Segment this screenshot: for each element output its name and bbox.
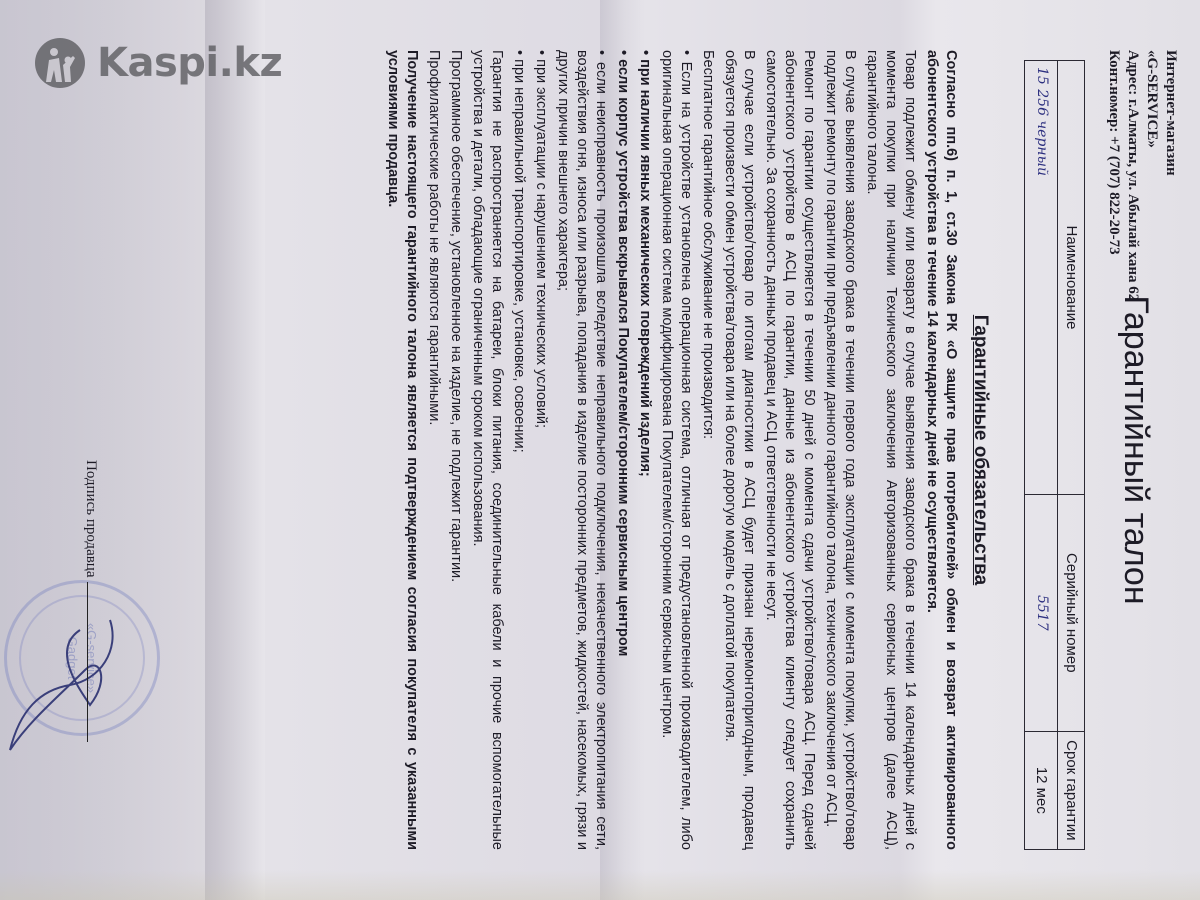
shop-phone: Конт.номер: +7 (707) 822-20-73	[1104, 50, 1123, 301]
signature-scribble-icon	[0, 610, 140, 760]
kaspi-watermark: Kaspi.kz	[35, 38, 282, 88]
header-name: Наименование	[1058, 61, 1085, 495]
item-name-handwritten: 15 256 черный	[1025, 61, 1058, 495]
obligation-paragraph: Получение настоящего гарантийного талона…	[383, 50, 421, 850]
obligation-paragraph: Программное обеспечение, установленное н…	[446, 50, 465, 850]
obligations-heading: Гарантийные обязательства	[971, 20, 991, 880]
obligation-paragraph: Товар подлежит обмену или возврату в слу…	[862, 50, 919, 850]
obligation-paragraph: В случае выявления заводского брака в те…	[821, 50, 859, 850]
obligations-heading-text: Гарантийные обязательства	[970, 315, 991, 585]
obligation-paragraph: Ремонт по гарантии осуществляется в тече…	[761, 50, 818, 850]
obligation-paragraph: • если корпус устройства вскрывался Поку…	[613, 50, 632, 850]
header-warranty: Срок гарантии	[1058, 731, 1085, 849]
obligation-paragraph: Гарантия не распространяется на батареи,…	[468, 50, 506, 850]
signature-label: Подпись продавца	[83, 460, 99, 578]
obligation-paragraph: • Если на устройстве установлена операци…	[657, 50, 695, 850]
serial-number-handwritten: 5517	[1025, 494, 1058, 731]
warranty-table: Наименование Серийный номер Срок гаранти…	[1025, 60, 1086, 850]
obligation-paragraph: • при наличии явных механических поврежд…	[635, 50, 654, 850]
document-title: Гарантийный талон	[1126, 20, 1146, 880]
obligation-paragraph: Бесплатное гарантийное обслуживание не п…	[698, 50, 717, 850]
obligations-body: Согласно пп.6) п. 1, ст.30 Закона РК «О …	[380, 50, 960, 850]
obligation-paragraph: • если неисправность произошла вследстви…	[553, 50, 610, 850]
obligation-paragraph: • при эксплуатации с нарушением техничес…	[531, 50, 550, 850]
obligation-paragraph: В случае если устройство/товар по итогам…	[720, 50, 758, 850]
shop-type: Интернет-магазин	[1161, 50, 1180, 301]
kaspi-logo-icon	[35, 38, 85, 88]
table-row: 15 256 черный 5517 12 мес	[1025, 61, 1058, 850]
kaspi-brand-text: Kaspi.kz	[97, 40, 282, 86]
signature-line	[87, 582, 88, 742]
obligation-paragraph: Согласно пп.6) п. 1, ст.30 Закона РК «О …	[922, 50, 960, 850]
warranty-period: 12 мес	[1025, 731, 1058, 849]
obligation-paragraph: • при неправильной транспортировке, уста…	[509, 50, 528, 850]
table-header-row: Наименование Серийный номер Срок гаранти…	[1058, 61, 1085, 850]
seller-signature: Подпись продавца	[81, 460, 101, 742]
warranty-document: Интернет-магазин «G-SERVICE» Адрес: г.Ал…	[20, 20, 1200, 880]
obligation-paragraph: Профилактические работы не являются гара…	[424, 50, 443, 850]
header-serial: Серийный номер	[1058, 494, 1085, 731]
